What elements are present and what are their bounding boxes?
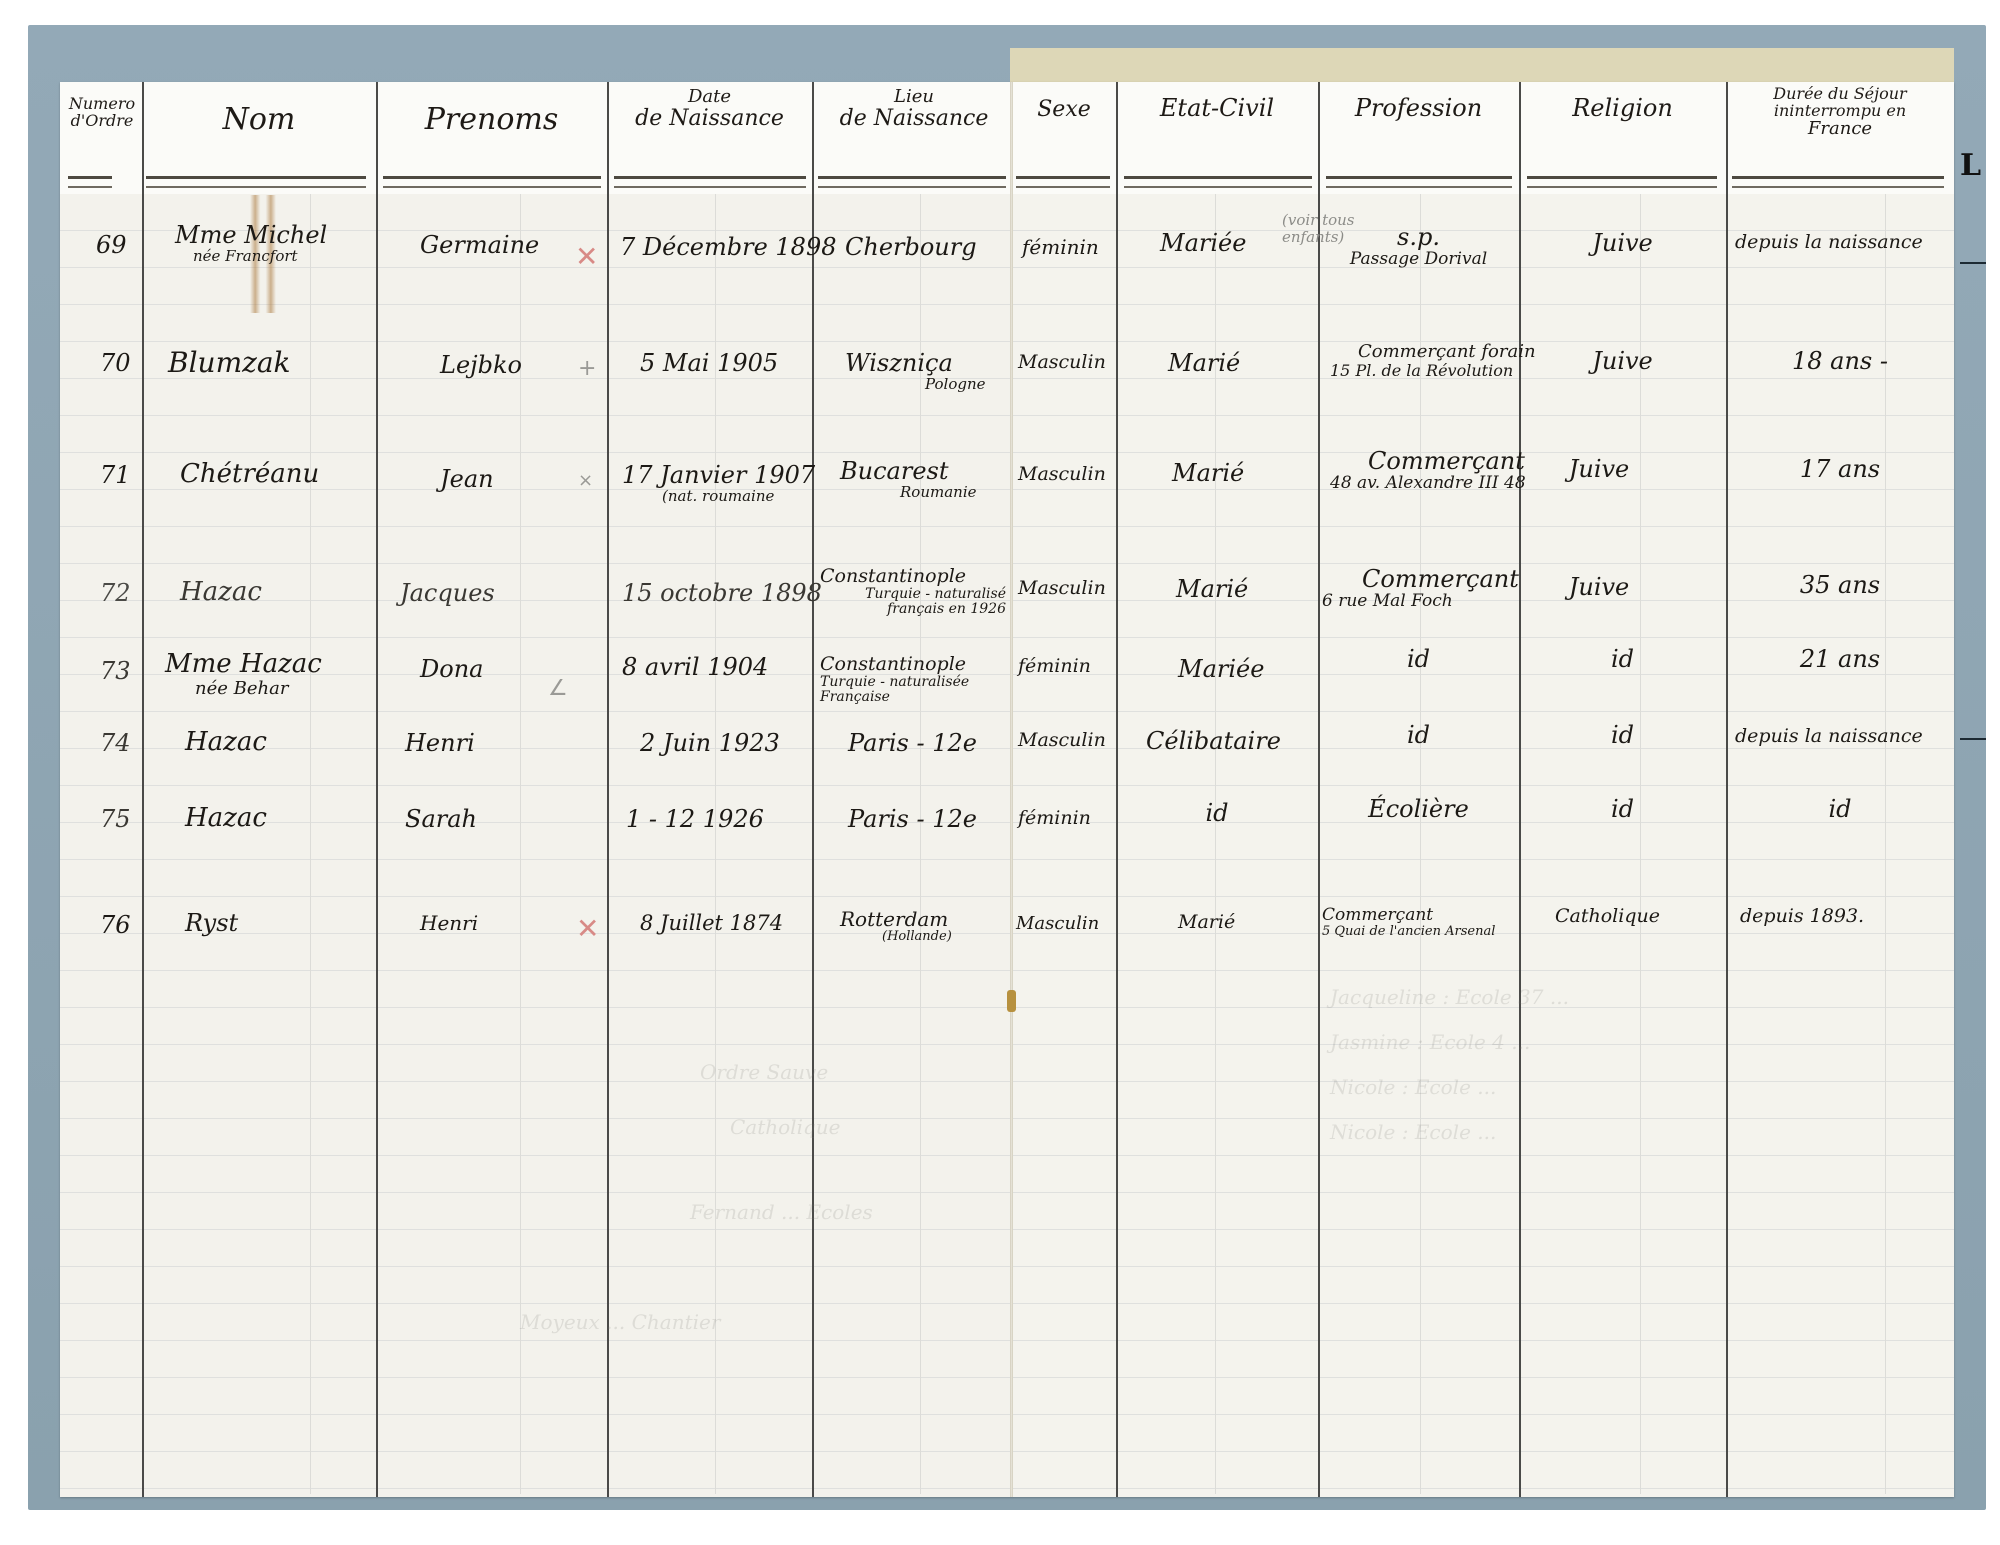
cell-date-naissance: 15 octobre 1898 [622, 580, 822, 606]
cell-religion: id [1519, 796, 1726, 822]
cell-prenoms: Henri [405, 730, 475, 756]
column-divider [1318, 82, 1320, 1497]
cell-etat-civil: Mariée [1160, 230, 1246, 256]
ruled-lines [60, 194, 1954, 1494]
cell-religion: id [1519, 722, 1726, 748]
header-rule [68, 176, 112, 188]
cell-date-naissance: 17 Janvier 1907(nat. roumaine [622, 462, 815, 505]
cell-etat-civil: Marié [1172, 460, 1244, 486]
cell-profession: Écolière [1318, 796, 1519, 822]
column-divider [812, 82, 814, 1497]
cell-etat-civil: Marié [1168, 350, 1240, 376]
cell-date-naissance: 8 avril 1904 [622, 654, 768, 680]
cell-lieu-naissance: Paris - 12e [848, 730, 977, 756]
cell-duree-sejour: depuis la naissance [1735, 726, 1923, 747]
cell-duree-sejour: depuis 1893. [1740, 906, 1864, 927]
cell-religion: Juive [1519, 348, 1726, 374]
header-numero: Numero d'Ordre [62, 96, 142, 130]
header-religion: Religion [1519, 96, 1726, 121]
cell-etat-civil: Célibataire [1146, 728, 1281, 754]
cell-prenoms: Sarah [405, 806, 477, 832]
cover-rule [1960, 738, 1986, 740]
header-nom: Nom [142, 104, 376, 136]
cell-numero: 72 [100, 580, 131, 606]
cell-lieu-naissance: Paris - 12e [848, 806, 977, 832]
header-rule [1326, 176, 1512, 188]
cell-etat-civil: id [1116, 800, 1318, 826]
header-rule [1016, 176, 1110, 188]
column-divider [1726, 82, 1728, 1497]
l-mark-icon: ∠ [548, 676, 568, 701]
cell-duree-sejour: 35 ans [1726, 572, 1954, 598]
header-rule [818, 176, 1006, 188]
cell-nom: Ryst [185, 910, 238, 936]
x-mark-icon: ✕ [576, 912, 599, 945]
header-rule [614, 176, 806, 188]
cell-prenoms: Germaine [420, 232, 539, 258]
cell-sexe: Masculin [1018, 578, 1106, 599]
x-mark-icon: ✕ [575, 240, 598, 273]
cell-religion: Catholique [1555, 906, 1660, 927]
cell-duree-sejour: depuis la naissance [1735, 232, 1923, 253]
cell-religion: Juive [1519, 230, 1726, 256]
cell-sexe: Masculin [1016, 914, 1099, 934]
cell-numero: 74 [100, 730, 131, 756]
cell-lieu-naissance: Rotterdam(Hollande) [840, 908, 952, 944]
cell-religion: Juive [1519, 574, 1679, 600]
cell-religion: Juive [1519, 456, 1679, 482]
cell-duree-sejour: 17 ans [1726, 456, 1954, 482]
cell-prenoms: Lejbko [440, 352, 522, 378]
cover-edge-label: L [1960, 148, 1982, 183]
cell-prenoms: Jean [440, 466, 494, 492]
cell-numero: 75 [100, 806, 131, 832]
cell-profession: Commerçant forain15 Pl. de la Révolution [1330, 342, 1536, 379]
cell-nom: Blumzak [168, 348, 291, 379]
plus-mark-icon: + [578, 356, 596, 381]
cell-date-naissance: 8 Juillet 1874 [640, 912, 783, 935]
cell-lieu-naissance: BucarestRoumanie [840, 458, 977, 501]
header-rule [1527, 176, 1717, 188]
cell-prenoms: Dona [420, 656, 483, 682]
header-date-naissance: Date de Naissance [607, 88, 812, 130]
cell-profession: Commerçant5 Quai de l'ancien Arsenal [1322, 906, 1512, 939]
header-rule [146, 176, 366, 188]
x-mark-icon: × [578, 470, 593, 491]
cell-profession: id [1318, 722, 1519, 748]
cell-date-naissance: 5 Mai 1905 [640, 350, 778, 376]
column-divider [1519, 82, 1521, 1497]
cell-lieu-naissance: ConstantinopleTurquie - naturalisée Fran… [820, 654, 1010, 706]
cell-sexe: féminin [1018, 656, 1091, 677]
cover-rule [1960, 262, 1986, 264]
header-etat-civil: Etat-Civil [1116, 96, 1318, 121]
cell-numero: 71 [100, 462, 131, 488]
cell-profession: Commerçant6 rue Mal Foch [1322, 566, 1519, 611]
cell-nom: Hazac [185, 804, 267, 833]
cell-religion: id [1519, 646, 1726, 672]
cell-numero: 73 [100, 658, 131, 684]
cell-lieu-naissance: Cherbourg [845, 234, 977, 260]
cell-nom: Mme Hazacnée Behar [165, 650, 322, 698]
cell-date-naissance: 7 Décembre 1898 [620, 234, 837, 260]
cell-lieu-naissance: ConstantinopleTurquie - naturalisé franç… [820, 566, 1006, 618]
cell-etat-civil: Marié [1176, 576, 1248, 602]
cell-sexe: féminin [1018, 808, 1091, 829]
header-sexe: Sexe [1012, 98, 1116, 121]
column-divider [607, 82, 609, 1497]
cell-prenoms: Jacques [400, 580, 495, 606]
cell-date-naissance: 2 Juin 1923 [640, 730, 780, 756]
cell-sexe: féminin [1022, 236, 1099, 258]
column-divider [1116, 82, 1118, 1497]
cell-profession: s.p.Passage Dorival [1318, 224, 1519, 269]
cell-etat-civil: Mariée [1178, 656, 1264, 682]
cell-sexe: Masculin [1018, 352, 1106, 373]
staple [1007, 990, 1016, 1012]
cell-nom: Hazac [185, 728, 267, 757]
page-fold [1010, 82, 1013, 1497]
header-rule [1732, 176, 1944, 188]
cell-duree-sejour: id [1726, 796, 1954, 822]
header-profession: Profession [1318, 96, 1519, 121]
header-rule [1124, 176, 1312, 188]
cell-nom: Chétréanu [180, 460, 319, 489]
cell-nom: Hazac [180, 578, 262, 607]
cell-numero: 76 [100, 912, 131, 938]
cell-etat-civil: Marié [1178, 912, 1235, 933]
cell-sexe: Masculin [1018, 730, 1106, 751]
header-prenoms: Prenoms [376, 104, 607, 136]
cell-numero: 69 [96, 232, 127, 258]
header-rule [383, 176, 601, 188]
cell-profession: Commerçant48 av. Alexandre III 48 [1330, 448, 1526, 493]
cell-date-naissance: 1 - 12 1926 [626, 806, 764, 832]
cell-numero: 70 [100, 350, 131, 376]
cell-profession: id [1318, 646, 1519, 672]
column-divider [376, 82, 378, 1497]
header-duree-sejour: Durée du Séjour ininterrompu en France [1726, 86, 1954, 138]
cell-duree-sejour: 18 ans - [1726, 348, 1954, 374]
cell-sexe: Masculin [1018, 464, 1106, 485]
cell-prenoms: Henri [420, 912, 478, 934]
cell-duree-sejour: 21 ans [1726, 646, 1954, 672]
column-divider [142, 82, 144, 1497]
header-lieu-naissance: Lieu de Naissance [812, 88, 1016, 130]
cell-nom: Mme Michelnée Francfort [175, 222, 327, 265]
cell-lieu-naissance: WiszniçaPologne [845, 350, 985, 393]
